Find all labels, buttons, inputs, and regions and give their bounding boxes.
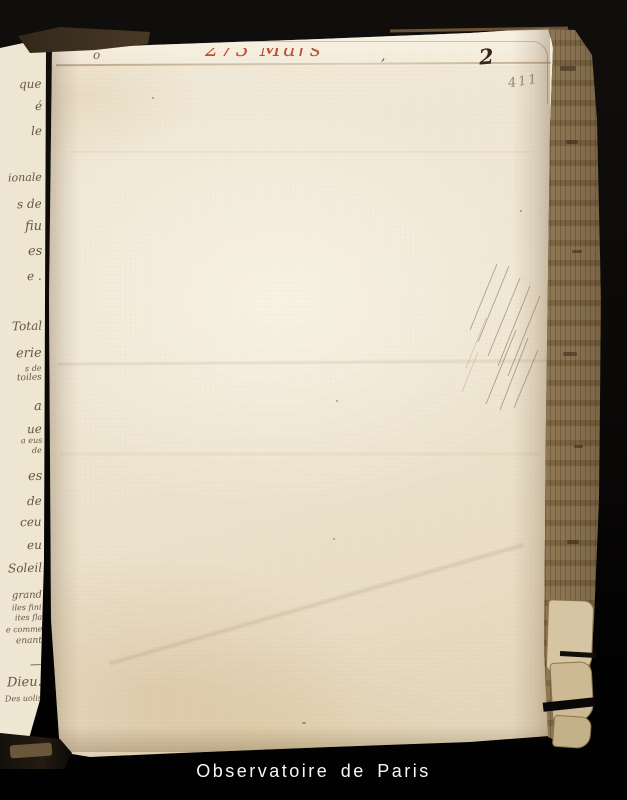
manuscript-line-fragment: de [32,447,42,455]
manuscript-line-fragment: — [30,658,42,670]
crease-line [70,150,530,154]
bottom-edge-shadow [52,726,548,752]
manuscript-line-fragment: es [27,470,42,483]
manuscript-line-fragment: Des uolis [5,695,42,704]
manuscript-line-fragment: e . [27,270,42,282]
ink-speck [520,210,522,212]
manuscript-line-fragment: enant [16,637,42,647]
manuscript-line-fragment: de [27,495,42,507]
edge-tatter [563,352,577,356]
manuscript-line-fragment: ceu [20,516,42,529]
comma-ink-mark: , [381,48,385,64]
manuscript-line-fragment: erie [16,347,42,361]
edge-tatter [574,445,583,448]
margin-ink-mark: o [93,48,100,62]
manuscript-line-fragment: a [34,400,42,413]
ink-speck [333,538,335,540]
ink-speck [302,722,306,724]
manuscript-line-fragment: le [31,125,42,137]
manuscript-line-fragment: es [27,245,42,258]
manuscript-line-fragment: toiles [17,374,42,384]
manuscript-line-fragment: Dieu. [7,676,42,690]
manuscript-line-fragment: que [19,78,42,91]
manuscript-line-fragment: iles fini [12,604,42,613]
page-number: 2 [478,43,495,69]
manuscript-line-fragment: a eus [21,437,43,446]
under-page-corner [552,715,592,750]
manuscript-line-fragment: Total [12,320,42,333]
edge-tatter [560,66,576,71]
manuscript-line-fragment: eu [27,539,42,551]
manuscript-line-fragment: grand [12,591,42,602]
red-header-text: 273 Mars [205,48,355,61]
manuscript-line-fragment: ionale [8,172,42,184]
under-page-corner [549,661,594,723]
crease-line [60,452,540,456]
pencil-scratches [455,255,555,420]
edge-tatter [567,540,579,544]
edge-tatter [566,140,578,144]
edge-tatter [572,250,582,253]
manuscript-line-fragment: ue [27,423,42,435]
recto-page: 273 Mars 2 411 o , [0,0,627,800]
manuscript-line-fragment: s de [17,198,42,211]
manuscript-line-fragment: fiu [25,220,42,233]
manuscript-line-fragment: e comme [5,626,42,635]
ink-speck [152,97,154,99]
manuscript-line-fragment: ites fla [15,614,42,623]
manuscript-line-fragment: Soleil [8,562,42,575]
manuscript-line-fragment: é [35,100,42,112]
caption-text: Observatoire de Paris [0,761,627,782]
ink-speck [336,400,338,402]
archive-photo: 273 Mars 2 411 o , [0,0,627,800]
red-header-fragment: 273 Mars [205,48,355,61]
gutter-shadow [46,40,80,756]
